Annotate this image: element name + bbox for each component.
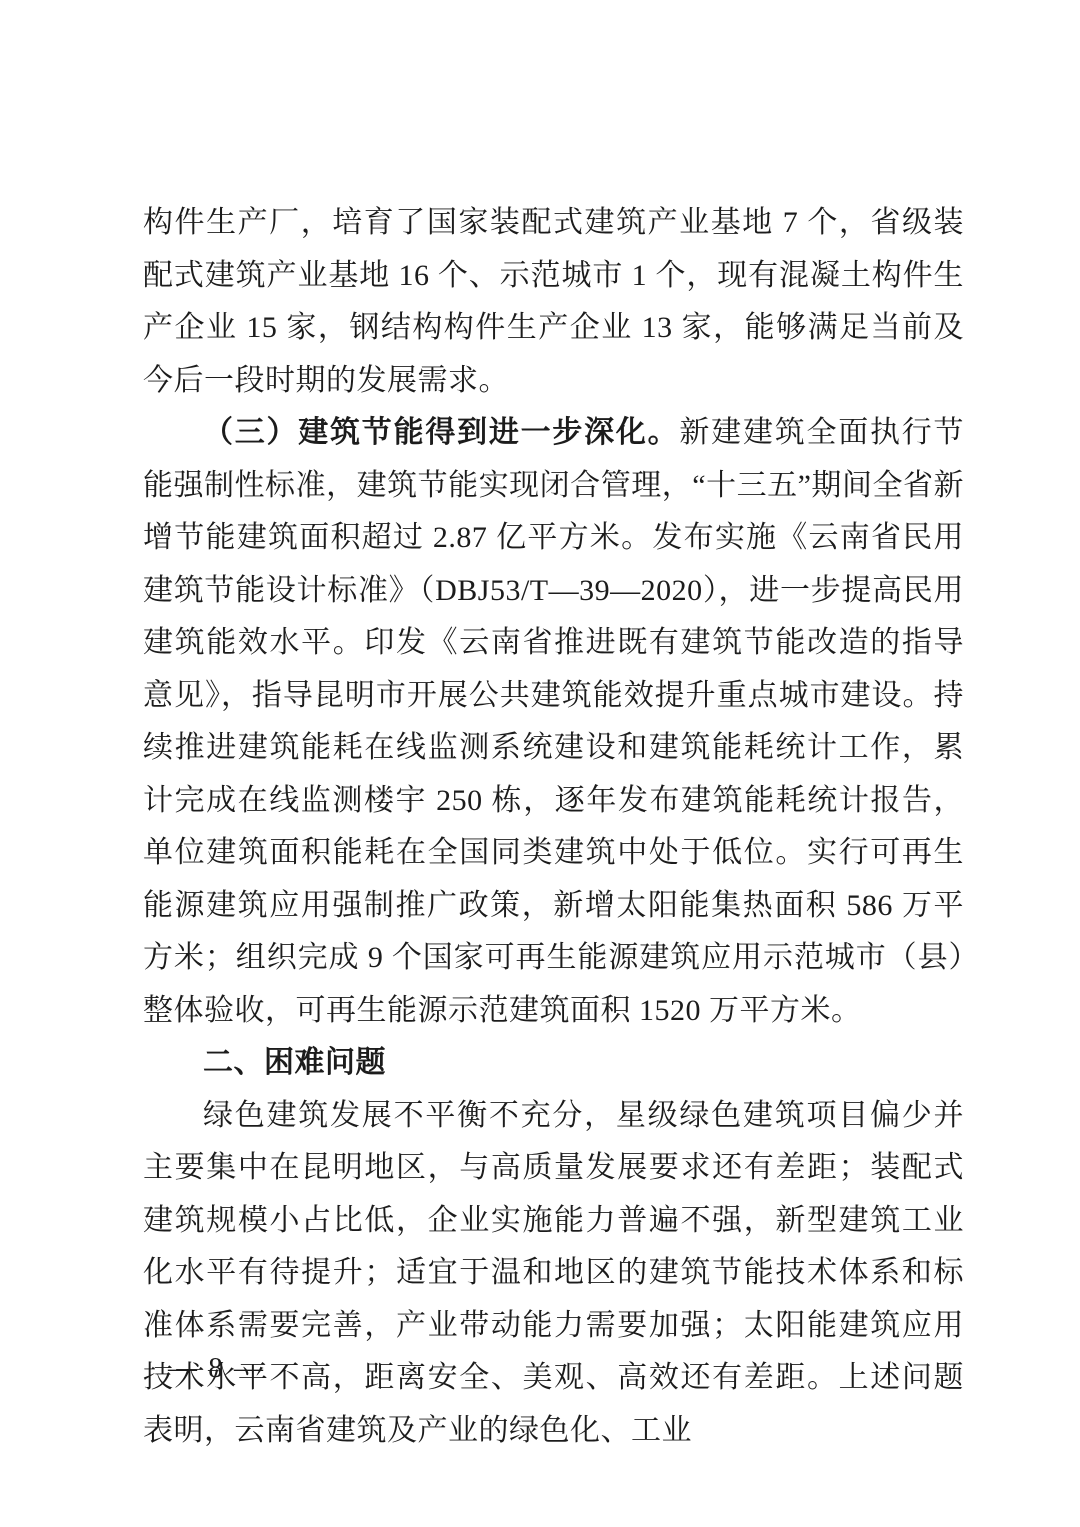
paragraph-problems: 绿色建筑发展不平衡不充分，星级绿色建筑项目偏少并主要集中在昆明地区，与高质量发展… — [143, 1090, 964, 1458]
page-number-footer: — 8 — — [168, 1348, 265, 1388]
section-2-heading: 二、困难问题 — [143, 1037, 964, 1090]
section-3-body-text: 新建建筑全面执行节能强制性标准，建筑节能实现闭合管理，“十三五”期间全省新增节能… — [143, 416, 964, 1027]
document-body: 构件生产厂，培育了国家装配式建筑产业基地 7 个，省级装配式建筑产业基地 16 … — [143, 197, 964, 1457]
paragraph-continuation: 构件生产厂，培育了国家装配式建筑产业基地 7 个，省级装配式建筑产业基地 16 … — [143, 197, 964, 407]
section-3-lead-bold: （三）建筑节能得到进一步深化。 — [203, 416, 679, 449]
paragraph-section-3: （三）建筑节能得到进一步深化。新建建筑全面执行节能强制性标准，建筑节能实现闭合管… — [143, 407, 964, 1037]
document-page: 构件生产厂，培育了国家装配式建筑产业基地 7 个，省级装配式建筑产业基地 16 … — [0, 0, 1080, 1527]
